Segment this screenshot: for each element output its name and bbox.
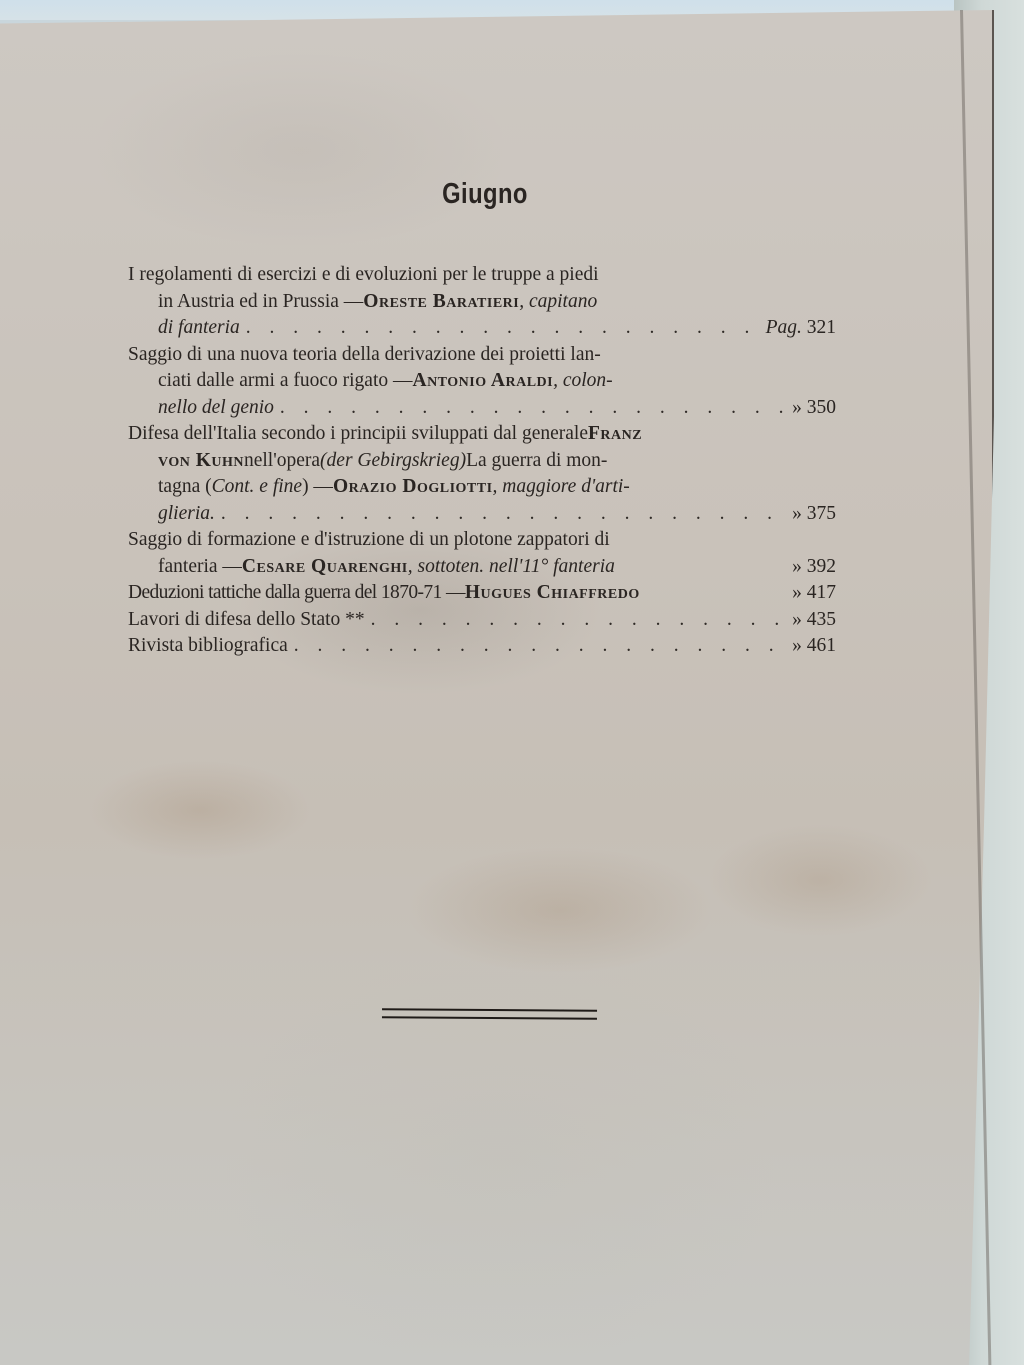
entry-person-name: Franz xyxy=(588,421,642,448)
entry-author: Orazio Dogliotti xyxy=(333,474,493,501)
page-number: 392 xyxy=(807,556,836,577)
toc-entry-line: ciati dalle armi a fuoco rigato — Antoni… xyxy=(128,368,836,395)
dot-leader xyxy=(215,501,792,528)
toc-entry-line: von Kuhn nell'opera (der Gebirgskrieg) L… xyxy=(128,448,836,475)
toc-entry-line: Rivista bibliografica » 461 xyxy=(128,633,836,660)
toc-entry-line: Deduzioni tattiche dalla guerra del 1870… xyxy=(128,580,836,607)
page-number: 435 xyxy=(807,609,836,630)
entry-author-role: di fanteria xyxy=(158,315,240,342)
page-reference: » 417 xyxy=(792,580,836,607)
toc-entry-line: tagna (Cont. e fine) — Orazio Dogliotti,… xyxy=(128,474,836,501)
entry-person-name: von Kuhn xyxy=(158,448,244,475)
entry-author-role: , maggiore d'arti- xyxy=(493,474,630,501)
page-number: 375 xyxy=(807,503,836,524)
entry-title: Difesa dell'Italia secondo i principii s… xyxy=(128,421,588,448)
toc-entry-line: glieria. » 375 xyxy=(128,501,836,528)
page-number: 461 xyxy=(807,635,836,656)
entry-author-role: glieria. xyxy=(158,501,215,528)
entry-title: Deduzioni tattiche dalla guerra del 1870… xyxy=(128,580,465,607)
toc-entry: Lavori di difesa dello Stato ** » 435 xyxy=(128,607,836,634)
entry-author-role: nello del genio xyxy=(158,395,274,422)
entry-title: Lavori di difesa dello Stato ** xyxy=(128,607,365,634)
page-prefix: » xyxy=(792,397,802,418)
page-reference: » 375 xyxy=(792,501,836,528)
toc-entry-line: Lavori di difesa dello Stato ** » 435 xyxy=(128,607,836,634)
page-prefix: » xyxy=(792,582,802,603)
toc-entry-line: Saggio di una nuova teoria della derivaz… xyxy=(128,342,836,369)
entry-title: in Austria ed in Prussia — xyxy=(158,289,363,316)
page-reference: » 461 xyxy=(792,633,836,660)
entry-title-italic: Cont. e fine xyxy=(212,474,302,501)
toc-entry-line: di fanteria Pag. 321 xyxy=(128,315,836,342)
page-number: 417 xyxy=(807,582,836,603)
entry-title: tagna ( xyxy=(158,474,212,501)
entry-title: Saggio di una nuova teoria della derivaz… xyxy=(128,342,601,369)
toc-entry: Saggio di una nuova teoria della derivaz… xyxy=(128,342,836,422)
toc-entry: Difesa dell'Italia secondo i principii s… xyxy=(128,421,836,527)
entry-author: Antonio Araldi xyxy=(412,368,553,395)
entry-author: Oreste Baratieri xyxy=(363,289,519,316)
page-prefix: Pag. xyxy=(766,317,802,338)
page-prefix: » xyxy=(792,635,802,656)
entry-author-role: , sottoten. nell'11° fanteria xyxy=(408,554,615,581)
page-reference: » 350 xyxy=(792,395,836,422)
entry-title: I regolamenti di esercizi e di evoluzion… xyxy=(128,262,599,289)
dot-leader xyxy=(274,395,792,422)
dot-leader xyxy=(365,607,792,634)
entry-title: fanteria — xyxy=(158,554,242,581)
page-prefix: » xyxy=(792,556,802,577)
entry-title: ) — xyxy=(302,474,333,501)
toc-entry: Saggio di formazione e d'istruzione di u… xyxy=(128,527,836,580)
toc-entry-line: Difesa dell'Italia secondo i principii s… xyxy=(128,421,836,448)
toc-entry: Deduzioni tattiche dalla guerra del 1870… xyxy=(128,580,836,607)
double-rule-divider xyxy=(382,1008,597,1020)
page-number: 321 xyxy=(807,317,836,338)
toc-entry-line: I regolamenti di esercizi e di evoluzion… xyxy=(128,262,836,289)
entry-author: Hugues Chiaffredo xyxy=(465,580,640,607)
entry-author: Cesare Quarenghi xyxy=(242,554,408,581)
page-reference: » 435 xyxy=(792,607,836,634)
toc-entry-line: Saggio di formazione e d'istruzione di u… xyxy=(128,527,836,554)
toc-entry-line: in Austria ed in Prussia — Oreste Barati… xyxy=(128,289,836,316)
entry-title: nell'opera xyxy=(244,448,320,475)
entry-title-italic: (der Gebirgskrieg) xyxy=(320,448,466,475)
page-reference: Pag. 321 xyxy=(766,315,836,342)
page-prefix: » xyxy=(792,503,802,524)
entry-title: ciati dalle armi a fuoco rigato — xyxy=(158,368,412,395)
dot-leader xyxy=(288,633,792,660)
dot-leader xyxy=(240,315,766,342)
entry-title: Rivista bibliografica xyxy=(128,633,288,660)
toc-entry: Rivista bibliografica » 461 xyxy=(128,633,836,660)
page-prefix: » xyxy=(792,609,802,630)
toc-entry: I regolamenti di esercizi e di evoluzion… xyxy=(128,262,836,342)
page-reference: » 392 xyxy=(792,554,836,581)
book-page: Giugno I regolamenti di esercizi e di ev… xyxy=(0,10,994,1365)
entry-author-role: , colon- xyxy=(553,368,613,395)
toc-entry-line: nello del genio » 350 xyxy=(128,395,836,422)
page-number: 350 xyxy=(807,397,836,418)
page-title: Giugno xyxy=(87,178,882,211)
entry-author-role: , capitano xyxy=(519,289,597,316)
entry-title: La guerra di mon- xyxy=(466,448,607,475)
table-of-contents: I regolamenti di esercizi e di evoluzion… xyxy=(128,262,836,660)
toc-entry-line: fanteria — Cesare Quarenghi, sottoten. n… xyxy=(128,554,836,581)
entry-title: Saggio di formazione e d'istruzione di u… xyxy=(128,527,610,554)
